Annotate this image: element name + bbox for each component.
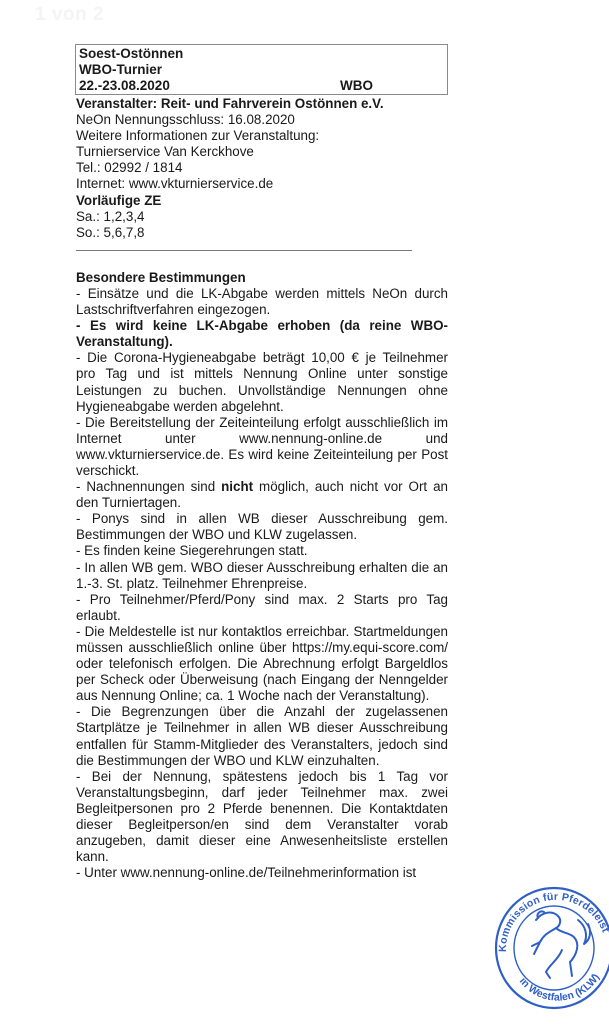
stamp-top-text: Kommission für Pferdeleistungsprüfungen	[492, 880, 609, 952]
provision-item: - Die Corona-Hygieneabgabe beträgt 10,00…	[76, 350, 448, 414]
section-divider	[76, 250, 412, 251]
provisions-title: Besondere Bestimmungen	[76, 270, 448, 286]
more-info-label: Weitere Informationen zur Veranstaltung:	[76, 128, 448, 144]
svg-text:in Westfalen (KLW): in Westfalen (KLW)	[517, 972, 602, 1004]
internet: Internet: www.vkturnierservice.de	[76, 176, 448, 192]
schedule-saturday: Sa.: 1,2,3,4	[76, 209, 448, 225]
provision-item: - Nachnennungen sind nicht möglich, auch…	[76, 479, 448, 511]
provision-item: - Die Bereitstellung der Zeiteinteilung …	[76, 415, 448, 479]
provision-item: - Es wird keine LK-Abgabe erhoben (da re…	[76, 318, 448, 350]
provision-item: - Ponys sind in allen WB dieser Ausschre…	[76, 511, 448, 543]
provision-item: - In allen WB gem. WBO dieser Ausschreib…	[76, 560, 448, 592]
event-location: Soest-Ostönnen	[79, 46, 444, 62]
svg-text:Kommission für Pferdeleistungs: Kommission für Pferdeleistungsprüfungen	[492, 880, 609, 952]
schedule-title: Vorläufige ZE	[76, 193, 448, 209]
event-type: WBO-Turnier	[79, 62, 444, 78]
event-category: WBO	[340, 78, 373, 94]
page-number-label: 1 von 2	[35, 4, 104, 26]
provision-item: - Einsätze und die LK-Abgabe werden mitt…	[76, 286, 448, 318]
event-dates: 22.-23.08.2020	[79, 78, 170, 93]
entry-deadline: NeOn Nennungsschluss: 16.08.2020	[76, 112, 448, 128]
provision-item: - Die Begrenzungen über die Anzahl der z…	[76, 704, 448, 768]
document-body: Veranstalter: Reit- und Fahrverein Ostön…	[76, 96, 448, 881]
rearing-horse-icon	[532, 911, 590, 978]
provision-item: - Unter www.nennung-online.de/Teilnehmer…	[76, 865, 448, 881]
service-name: Turnierservice Van Kerckhove	[76, 144, 448, 160]
event-header-box: Soest-Ostönnen WBO-Turnier 22.-23.08.202…	[75, 44, 448, 95]
provision-text: - Nachnennungen sind	[76, 479, 221, 494]
provision-emphasis: nicht	[221, 479, 253, 494]
stamp-bottom-text: in Westfalen (KLW)	[517, 972, 602, 1004]
schedule-sunday: So.: 5,6,7,8	[76, 225, 448, 241]
event-dates-row: 22.-23.08.2020 WBO	[79, 78, 444, 94]
stamp-graphic: Kommission für Pferdeleistungsprüfungen …	[492, 880, 609, 1010]
organizer: Veranstalter: Reit- und Fahrverein Ostön…	[76, 96, 448, 112]
phone: Tel.: 02992 / 1814	[76, 160, 448, 176]
provision-item: - Die Meldestelle ist nur kontaktlos err…	[76, 624, 448, 704]
provision-item: - Pro Teilnehmer/Pferd/Pony sind max. 2 …	[76, 592, 448, 624]
klw-stamp: Kommission für Pferdeleistungsprüfungen …	[492, 880, 609, 1010]
provision-item: - Es finden keine Siegerehrungen statt.	[76, 543, 448, 559]
provision-item: - Bei der Nennung, spätestens jedoch bis…	[76, 769, 448, 866]
